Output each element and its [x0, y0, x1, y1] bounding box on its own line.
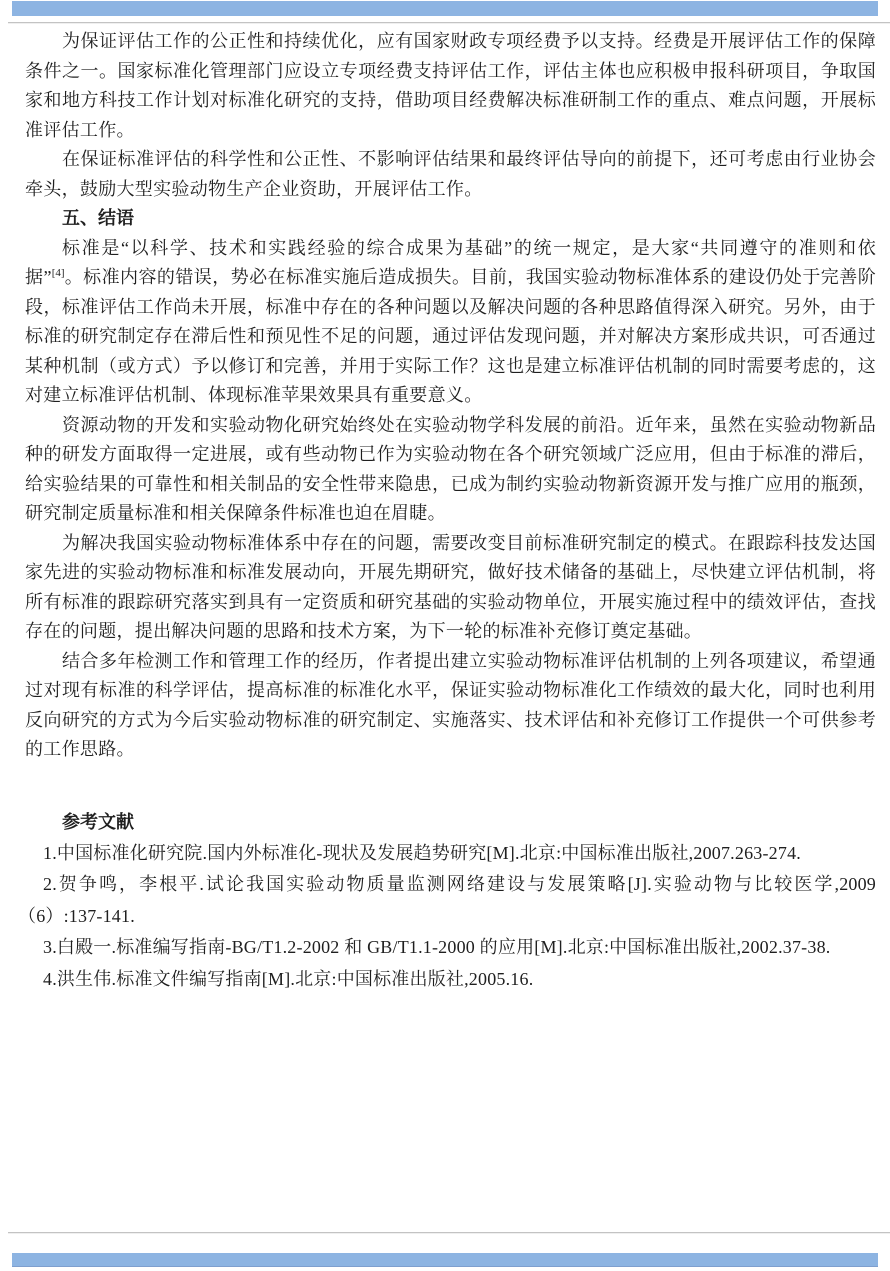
reference-item: 1.中国标准化研究院.国内外标准化-现状及发展趋势研究[M].北京:中国标准出版… [18, 838, 876, 870]
reference-item: 2.贺争鸣，李根平.试论我国实验动物质量监测网络建设与发展策略[J].实验动物与… [18, 869, 876, 932]
paragraph-resource-animals: 资源动物的开发和实验动物化研究始终处在实验动物学科发展的前沿。近年来，虽然在实验… [25, 411, 876, 529]
top-divider-line [8, 22, 890, 24]
paragraph-solution-model: 为解决我国实验动物标准体系中存在的问题，需要改变目前标准研究制定的模式。在跟踪科… [25, 529, 876, 647]
bottom-accent-bar [12, 1253, 878, 1267]
section-heading-conclusion: 五、结语 [25, 204, 876, 234]
paragraph-author-summary: 结合多年检测工作和管理工作的经历，作者提出建立实验动物标准评估机制的上列各项建议… [25, 647, 876, 765]
citation-marker: [4] [52, 267, 65, 279]
reference-item: 3.白殿一.标准编写指南-BG/T1.2-2002 和 GB/T1.1-2000… [18, 932, 876, 964]
reference-item: 4.洪生伟.标准文件编写指南[M].北京:中国标准出版社,2005.16. [18, 964, 876, 996]
references-list: 1.中国标准化研究院.国内外标准化-现状及发展趋势研究[M].北京:中国标准出版… [18, 838, 876, 996]
paragraph-industry-support: 在保证标准评估的科学性和公正性、不影响评估结果和最终评估导向的前提下，还可考虑由… [25, 145, 876, 204]
top-accent-bar [12, 1, 878, 16]
paragraph-standard-definition: 标准是“以科学、技术和实践经验的综合成果为基础”的统一规定，是大家“共同遵守的准… [25, 234, 876, 411]
document-body: 为保证评估工作的公正性和持续优化，应有国家财政专项经费予以支持。经费是开展评估工… [25, 27, 876, 995]
paragraph-funding: 为保证评估工作的公正性和持续优化，应有国家财政专项经费予以支持。经费是开展评估工… [25, 27, 876, 145]
paragraph-text: 。标准内容的错误，势必在标准实施后造成损失。目前，我国实验动物标准体系的建设仍处… [25, 267, 876, 405]
references-heading: 参考文献 [25, 807, 876, 838]
document-page: { "page": { "accent_bar_color": "#8DB4E2… [0, 0, 890, 1271]
bottom-divider-line [8, 1232, 890, 1234]
